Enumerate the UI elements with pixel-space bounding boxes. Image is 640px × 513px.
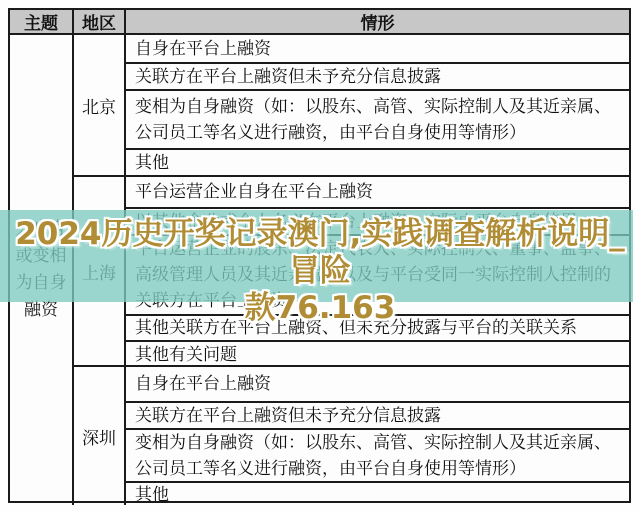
situation-cell: 自身在平台上融资 xyxy=(126,367,629,401)
situation-cell: 关联方在平台上融资但未予充分信息披露 xyxy=(126,401,629,428)
header-situation: 情形 xyxy=(126,10,629,33)
watermark-line2: 款76.163 xyxy=(0,290,640,327)
page-background: 主题 地区 情形 为自身 或变相 为自身 融资 北京 自身在平台上融资 关联方在… xyxy=(0,0,640,513)
situation-cell: 其他 xyxy=(126,148,629,175)
situation-cell: 平台运营企业自身在平台上融资 xyxy=(126,177,629,207)
situation-cell: 自身在平台上融资 xyxy=(126,35,629,62)
header-topic: 主题 xyxy=(10,10,74,33)
table-header-row: 主题 地区 情形 xyxy=(10,10,629,35)
region-block-shenzhen: 深圳 自身在平台上融资 关联方在平台上融资但未予充分信息披露 变相为自身融资（如… xyxy=(74,365,629,505)
situations-shenzhen: 自身在平台上融资 关联方在平台上融资但未予充分信息披露 变相为自身融资（如：以股… xyxy=(126,367,629,505)
situation-cell: 变相为自身融资（如：以股东、高管、实际控制人及其近亲属、公司员工等名义进行融资，… xyxy=(126,89,629,148)
situation-cell: 变相为自身融资（如：以股东、高管、实际控制人及其近亲属、公司员工等名义进行融资，… xyxy=(126,428,629,481)
header-region: 地区 xyxy=(74,10,126,33)
region-cell-beijing: 北京 xyxy=(74,35,126,175)
situations-beijing: 自身在平台上融资 关联方在平台上融资但未予充分信息披露 变相为自身融资（如：以股… xyxy=(126,35,629,175)
situation-cell: 其他 xyxy=(126,481,629,507)
watermark-line1: 2024历史开奖记录澳门,实践调查解析说明_冒险 xyxy=(0,216,640,290)
watermark-text: 2024历史开奖记录澳门,实践调查解析说明_冒险 款76.163 xyxy=(0,216,640,327)
region-block-beijing: 北京 自身在平台上融资 关联方在平台上融资但未予充分信息披露 变相为自身融资（如… xyxy=(74,35,629,175)
region-cell-shenzhen: 深圳 xyxy=(74,367,126,505)
situation-cell: 其他有关问题 xyxy=(126,340,629,367)
situation-cell: 关联方在平台上融资但未予充分信息披露 xyxy=(126,62,629,89)
